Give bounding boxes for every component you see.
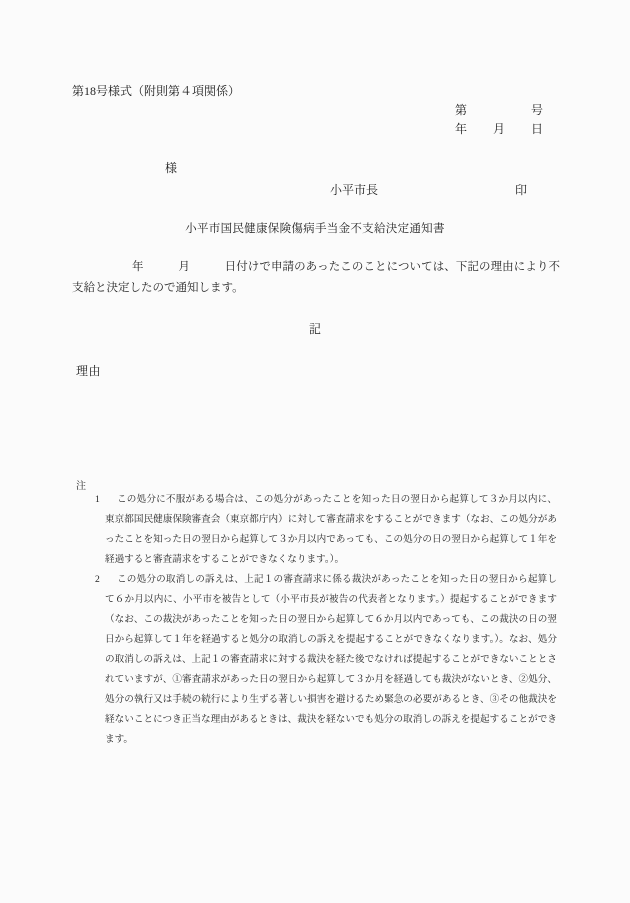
- notes-label: 注: [76, 477, 86, 492]
- document-number-line: 第 号: [455, 101, 543, 120]
- document-date-line: 年 月 日: [455, 120, 543, 139]
- date-month-label: 月: [493, 120, 505, 139]
- page-title: 小平市国民健康保険傷病手当金不支給決定通知書: [0, 220, 630, 236]
- notice-document-page: 第18号様式（附則第４項関係） 第 号 年 月 日 様 小平市長 印 小平市国民…: [0, 0, 630, 903]
- note-item-1: 1この処分に不服がある場合は、この処分があったことを知った日の翌日から起算して３…: [105, 490, 557, 570]
- note-item-2: 2この処分の取消しの訴えは、上記１の審査請求に係る裁決があったことを知った日の翌…: [105, 570, 557, 750]
- note-item-2-text: この処分の取消しの訴えは、上記１の審査請求に係る裁決があったことを知った日の翌日…: [105, 574, 557, 745]
- form-number-label: 第18号様式（附則第４項関係）: [72, 82, 240, 99]
- seal-mark: 印: [515, 181, 527, 198]
- reason-label: 理由: [76, 362, 101, 379]
- record-heading: 記: [0, 320, 630, 337]
- reason-value-area: [105, 385, 557, 455]
- document-number-date-block: 第 号 年 月 日: [455, 101, 543, 139]
- issuer-title: 小平市長: [330, 181, 378, 198]
- date-year-label: 年: [455, 120, 467, 139]
- document-number-prefix: 第: [455, 101, 467, 120]
- notice-body-paragraph: 年 月 日付けで申請のあったこのことについては、下記の理由により不支給と決定した…: [72, 257, 560, 299]
- document-number-suffix: 号: [531, 101, 543, 120]
- note-item-2-number: 2: [95, 570, 105, 590]
- addressee-honorific: 様: [165, 159, 177, 176]
- date-day-label: 日: [531, 120, 543, 139]
- note-item-1-text: この処分に不服がある場合は、この処分があったことを知った日の翌日から起算して３か…: [105, 494, 557, 565]
- note-item-1-number: 1: [95, 490, 105, 510]
- notes-list: 1この処分に不服がある場合は、この処分があったことを知った日の翌日から起算して３…: [105, 490, 557, 750]
